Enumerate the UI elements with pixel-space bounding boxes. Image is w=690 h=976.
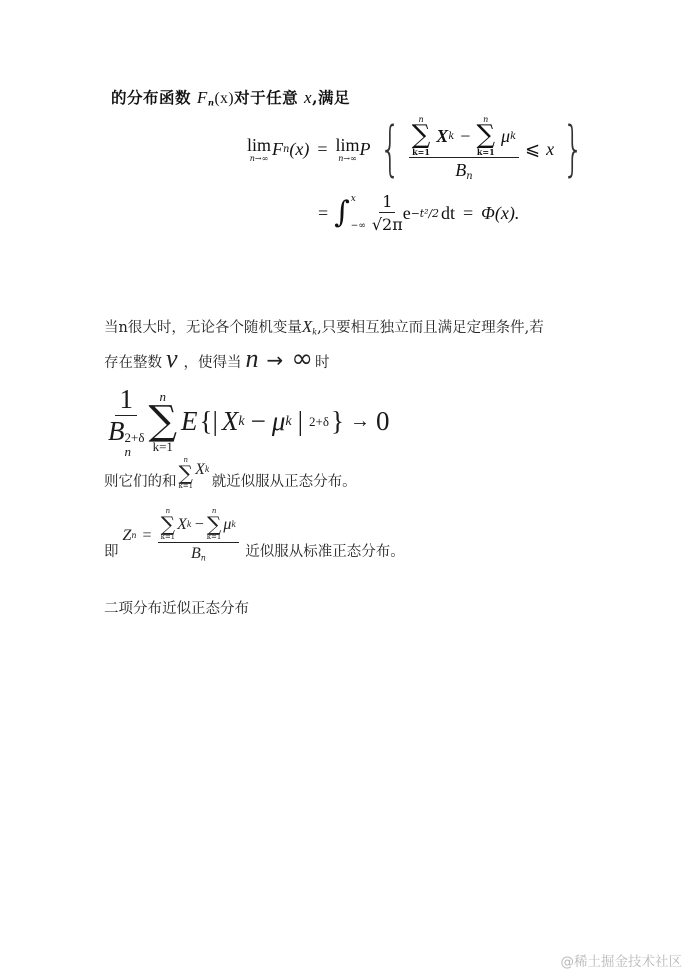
infinity-symbol: ∞ bbox=[291, 344, 313, 374]
scanned-heading: 的分布函数 Fn(x)对于任意 x,满足 bbox=[111, 86, 350, 109]
sigma-symbol: ∑ bbox=[179, 464, 193, 482]
paragraph-binomial-normal: 二项分布近似正态分布 bbox=[104, 597, 249, 618]
minus-sign: − bbox=[195, 516, 204, 534]
upper-limit: x bbox=[351, 195, 366, 204]
heading-end: ,满足 bbox=[312, 88, 350, 107]
sum-operator: n ∑ k=1 bbox=[161, 508, 176, 541]
integral-symbol: ∫ bbox=[334, 198, 350, 228]
mu-var: μ bbox=[501, 126, 510, 147]
X-sub: k bbox=[448, 131, 454, 142]
frac-num: 1 bbox=[115, 384, 137, 416]
lower-limit: −∞ bbox=[351, 222, 366, 231]
text: 则它们的和 bbox=[104, 470, 177, 491]
text: 存在整数 bbox=[104, 351, 162, 372]
B-var: B bbox=[108, 416, 125, 446]
power: 2+δ bbox=[309, 414, 329, 430]
integral-limits: x −∞ bbox=[351, 195, 366, 231]
equals-sign-2: = bbox=[463, 203, 473, 224]
B-var: B bbox=[455, 160, 466, 180]
sigma-symbol: ∑ bbox=[161, 515, 175, 533]
Z-sub: n bbox=[131, 531, 136, 540]
exp-power: −t²/2 bbox=[411, 207, 439, 220]
close-brace: } bbox=[331, 406, 344, 437]
X-var: X bbox=[195, 461, 205, 479]
sum-under: k=1 bbox=[207, 534, 222, 541]
equals-sign: = bbox=[317, 139, 327, 160]
zero: 0 bbox=[376, 406, 390, 437]
mu-var: μ bbox=[272, 406, 286, 437]
right-brace: } bbox=[563, 119, 584, 179]
sigma-symbol: ∑ bbox=[207, 515, 221, 533]
sigma-symbol: ∑ bbox=[476, 124, 495, 147]
equals-sign: = bbox=[318, 203, 328, 224]
lhs-arg: (x) bbox=[289, 139, 309, 160]
heading-var: x bbox=[304, 88, 312, 107]
open-brace-bar: {| bbox=[200, 406, 218, 437]
Z-var: Z bbox=[123, 527, 132, 545]
B-var: B bbox=[191, 545, 201, 562]
X-sub: k bbox=[187, 520, 192, 529]
sum-operator: n ∑ k=1 bbox=[179, 457, 194, 490]
sigma-symbol: ∑ bbox=[148, 403, 177, 439]
dt: dt bbox=[441, 203, 455, 224]
lhs-func: F bbox=[272, 139, 283, 160]
B-sup: 2+δ bbox=[125, 431, 145, 445]
paragraph-sum-normal: 则它们的和 n ∑ k=1 Xk 就近似服从正态分布。 bbox=[104, 456, 357, 491]
heading-text: 的分布函数 bbox=[111, 88, 191, 107]
lim-operator: lim n→∞ bbox=[247, 136, 271, 163]
frac-num: 1 bbox=[379, 192, 395, 213]
heading-mid: 对于任意 bbox=[234, 88, 298, 107]
paragraph-condition-intro: 当n很大时，无论各个随机变量Xk,只要相互独立而且满足定理条件,若 bbox=[104, 316, 544, 337]
minus-sign: − bbox=[251, 406, 266, 437]
arrow-symbol: → bbox=[350, 410, 370, 433]
B-sub: n bbox=[201, 553, 206, 562]
standardized-sum-fraction: n ∑ k=1 Xk − n ∑ k=1 μk Bn bbox=[409, 116, 519, 182]
n-var: n bbox=[246, 344, 259, 374]
text: ,只要相互独立而且满足定理条件,若 bbox=[317, 320, 544, 336]
X-var: X bbox=[177, 516, 187, 534]
X-sub: k bbox=[205, 465, 210, 474]
heading-func-sub: n bbox=[208, 99, 215, 109]
phi-function: Φ(x). bbox=[481, 203, 519, 224]
text: 就近似服从正态分布。 bbox=[212, 470, 357, 491]
lim-under: n→∞ bbox=[338, 155, 357, 163]
heading-func: F bbox=[197, 88, 208, 107]
X-sub: k bbox=[238, 414, 244, 430]
leq-sign: ⩽ bbox=[525, 139, 540, 160]
frac-den: √2π bbox=[372, 213, 403, 234]
text: 近似服从标准正态分布。 bbox=[245, 540, 405, 561]
B-sub: n bbox=[466, 171, 472, 182]
text: ，使得当 bbox=[184, 351, 242, 372]
mu-sub: k bbox=[510, 131, 516, 142]
watermark: @稀土掘金技术社区 bbox=[561, 950, 683, 970]
X-var: X bbox=[436, 126, 448, 147]
sum-under: k=1 bbox=[153, 440, 173, 453]
v-var: v bbox=[166, 344, 178, 374]
sum-under: k=1 bbox=[179, 483, 194, 490]
minus-sign: − bbox=[460, 126, 470, 147]
heading-arg: (x) bbox=[215, 90, 235, 107]
sigma-symbol: ∑ bbox=[412, 124, 431, 147]
left-brace: { bbox=[379, 119, 400, 179]
equals-sign: = bbox=[143, 527, 152, 545]
lim-under: n→∞ bbox=[250, 155, 269, 163]
mu-sub: k bbox=[285, 414, 291, 430]
sum-under: k=1 bbox=[477, 148, 495, 156]
normal-constant: 1 √2π bbox=[372, 192, 403, 234]
close-bar: | bbox=[298, 406, 303, 437]
X-var: X bbox=[302, 317, 312, 336]
lim-label: lim bbox=[336, 136, 360, 154]
mu-sub: k bbox=[231, 520, 236, 529]
text: 时 bbox=[315, 351, 330, 372]
paragraph-Zn-standard-normal: 即 Zn = n ∑ k=1 Xk − n ∑ k=1 μk Bn 近似服从标准… bbox=[104, 508, 405, 563]
normal-cdf-integral: = ∫ x −∞ 1 √2π e−t²/2 dt = Φ(x). bbox=[318, 192, 519, 234]
lim-operator-2: lim n→∞ bbox=[336, 136, 360, 163]
paragraph-exists-v: 存在整数 v ，使得当 n → ∞ 时 bbox=[104, 344, 329, 374]
sum-under: k=1 bbox=[161, 534, 176, 541]
sum-operator: n ∑ k=1 bbox=[207, 508, 222, 541]
text: 当n很大时，无论各个随机变量 bbox=[104, 320, 302, 336]
sum-operator: n ∑ k=1 bbox=[476, 116, 495, 156]
lim-label: lim bbox=[247, 136, 271, 154]
exp-base: e bbox=[403, 203, 411, 224]
Zn-fraction: n ∑ k=1 Xk − n ∑ k=1 μk Bn bbox=[158, 508, 240, 563]
arrow-symbol: → bbox=[267, 348, 284, 372]
expectation-E: E bbox=[181, 406, 198, 437]
X-var: X bbox=[222, 406, 239, 437]
sum-operator: n ∑ k=1 bbox=[148, 390, 177, 453]
text: 即 bbox=[104, 540, 119, 561]
inverse-B-fraction: 1 B2+δn bbox=[108, 384, 144, 460]
prob-P: P bbox=[360, 139, 371, 160]
mu-var: μ bbox=[223, 516, 231, 534]
clt-limit-equation: lim n→∞ Fn(x) = lim n→∞ P { n ∑ k=1 Xk −… bbox=[247, 116, 592, 182]
x-var: x bbox=[546, 139, 554, 160]
sum-under: k=1 bbox=[412, 148, 430, 156]
lyapunov-condition-equation: 1 B2+δn n ∑ k=1 E {| Xk − μk | 2+δ } → 0 bbox=[108, 384, 389, 460]
sum-operator: n ∑ k=1 bbox=[412, 116, 431, 156]
